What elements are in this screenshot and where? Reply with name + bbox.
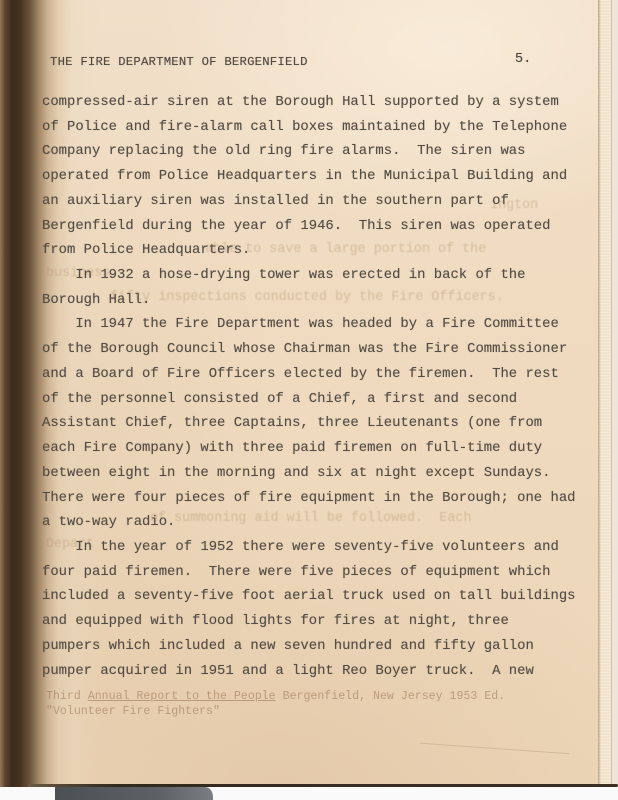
paper-sheet: ingtonable to save a large portion of th… <box>0 0 618 787</box>
scan-shadow <box>55 787 213 800</box>
page-number: 5. <box>515 52 531 67</box>
footnote-citation: Third Annual Report to the People Bergen… <box>46 689 505 719</box>
footnote-text: Third <box>46 690 88 703</box>
footnote-text-cont: Bergenfield, New Jersey 1953 Ed. <box>276 690 506 703</box>
document-header: THE FIRE DEPARTMENT OF BERGENFIELD <box>50 55 308 69</box>
footnote-line2: "Volunteer Fire Fighters" <box>46 705 220 718</box>
scanned-document-page: ingtonable to save a large portion of th… <box>0 0 618 800</box>
body-text: compressed-air siren at the Borough Hall… <box>42 90 602 683</box>
scanner-background <box>0 787 618 800</box>
footnote-title-underlined: Annual Report to the People <box>88 690 276 703</box>
